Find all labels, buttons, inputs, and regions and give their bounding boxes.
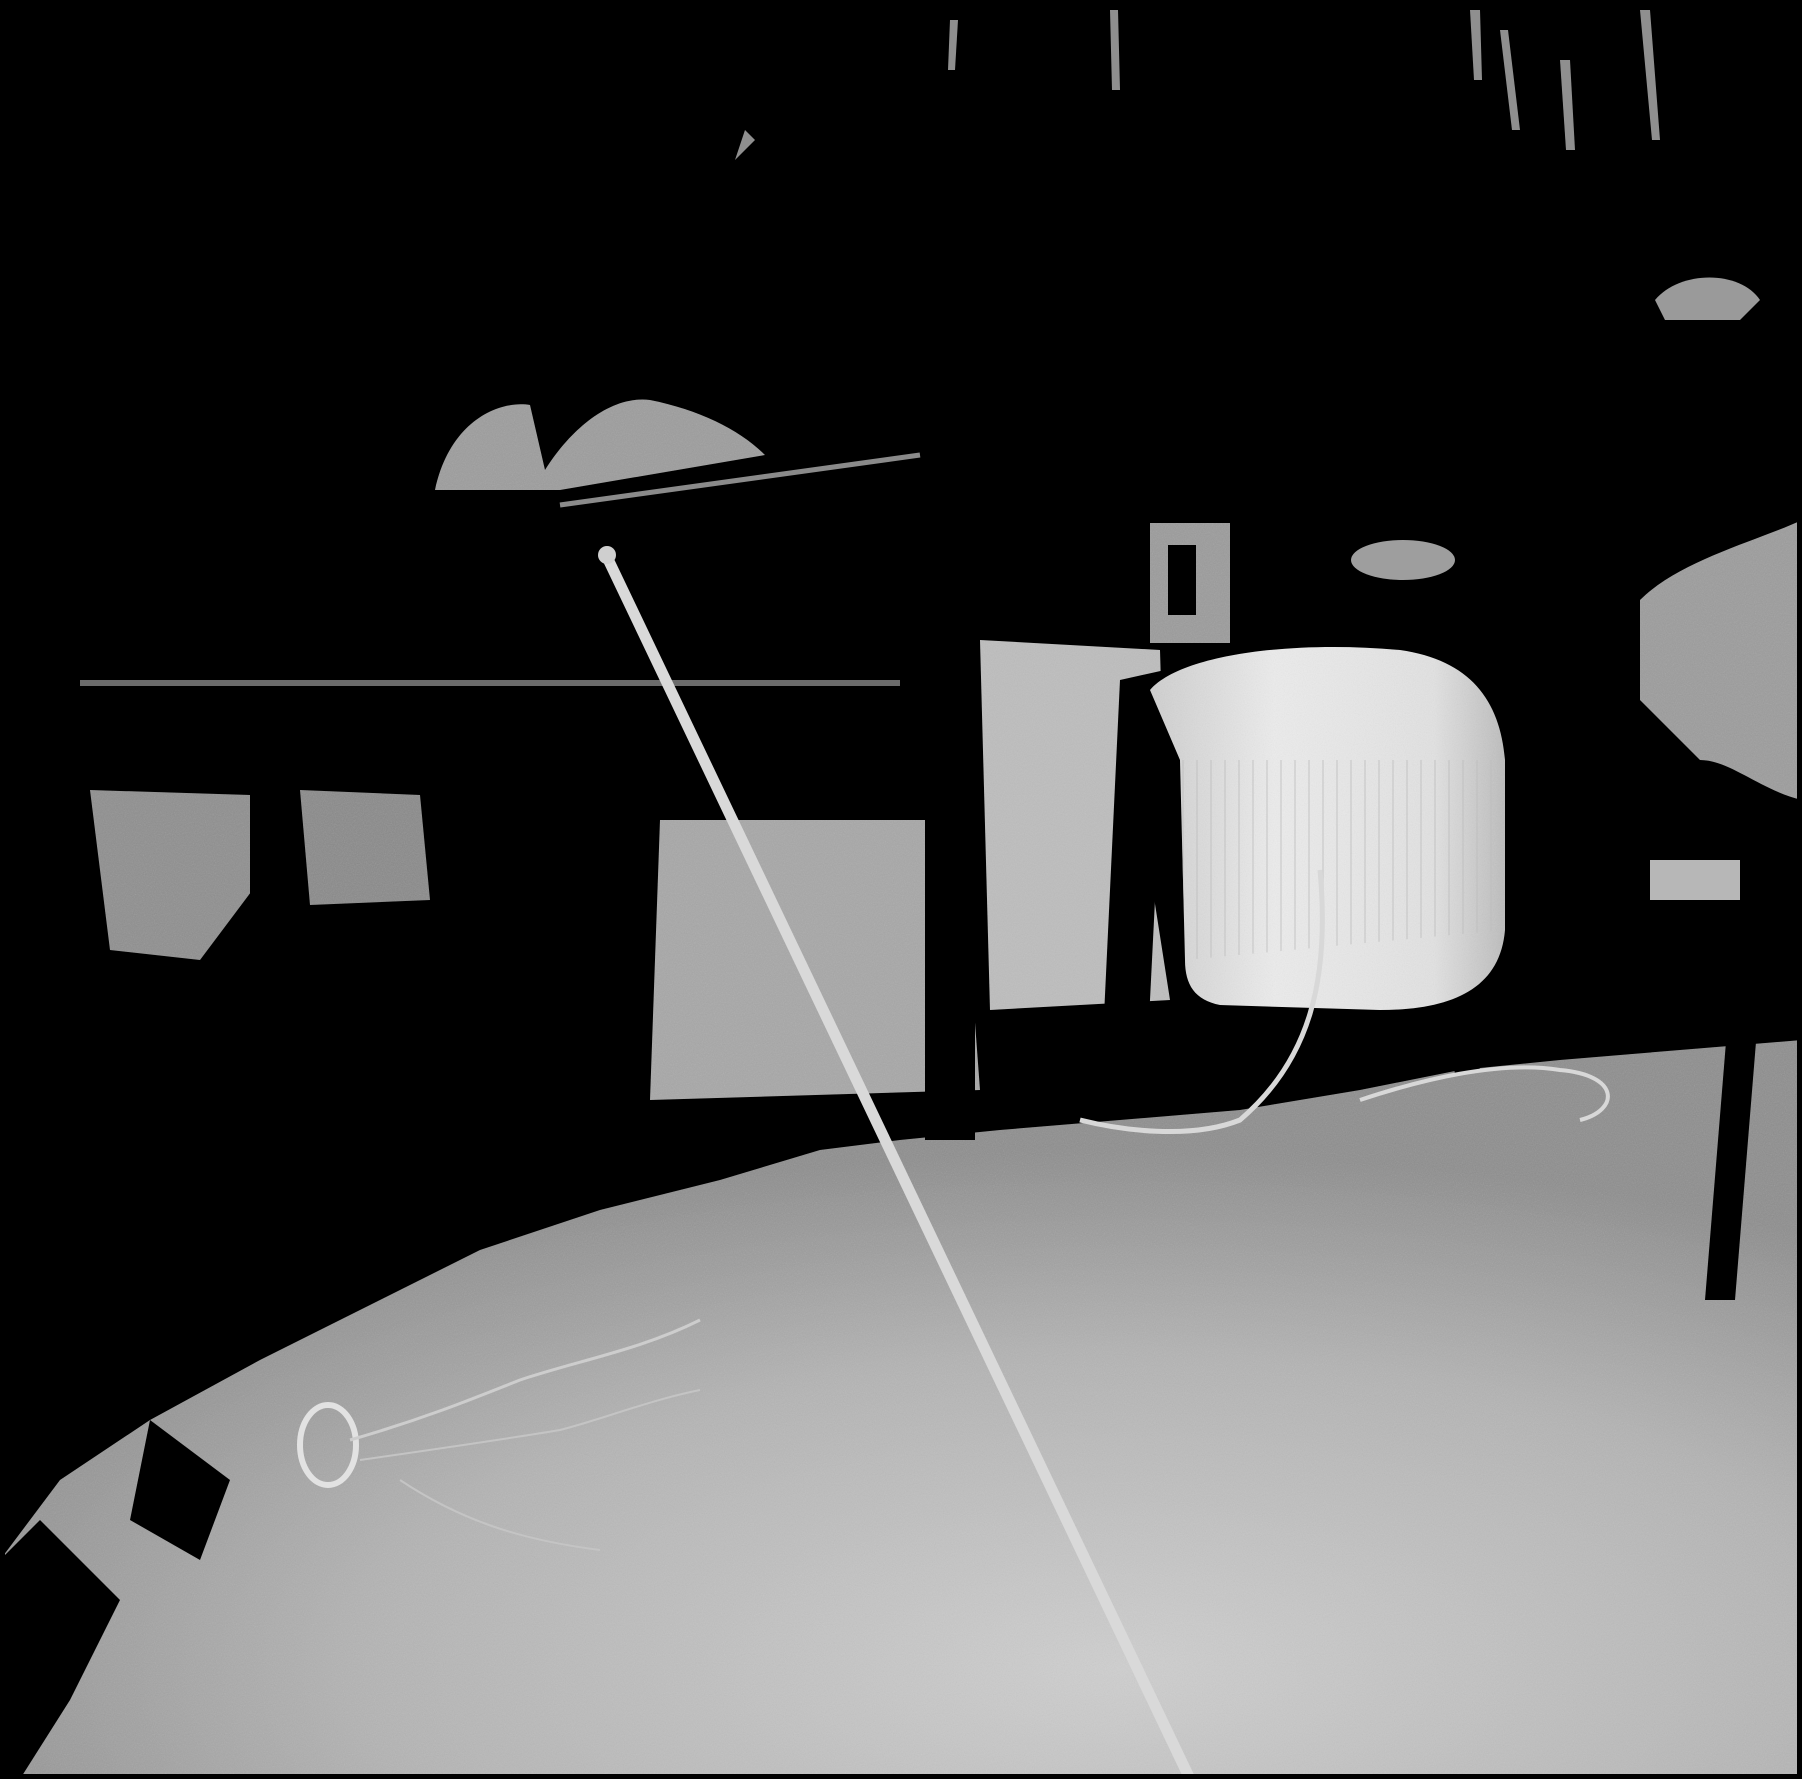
machinery-leg	[250, 700, 295, 1000]
rope-end-knob	[598, 546, 616, 564]
rope-workshop-photo	[0, 0, 1802, 1779]
wall-box-shadow	[1168, 545, 1196, 615]
machinery-post	[925, 560, 975, 1140]
machinery-rail	[80, 680, 900, 686]
machinery-leg	[470, 700, 530, 1060]
hanging-lamp	[1351, 540, 1455, 580]
workshop-mid-ground-2	[300, 790, 430, 905]
